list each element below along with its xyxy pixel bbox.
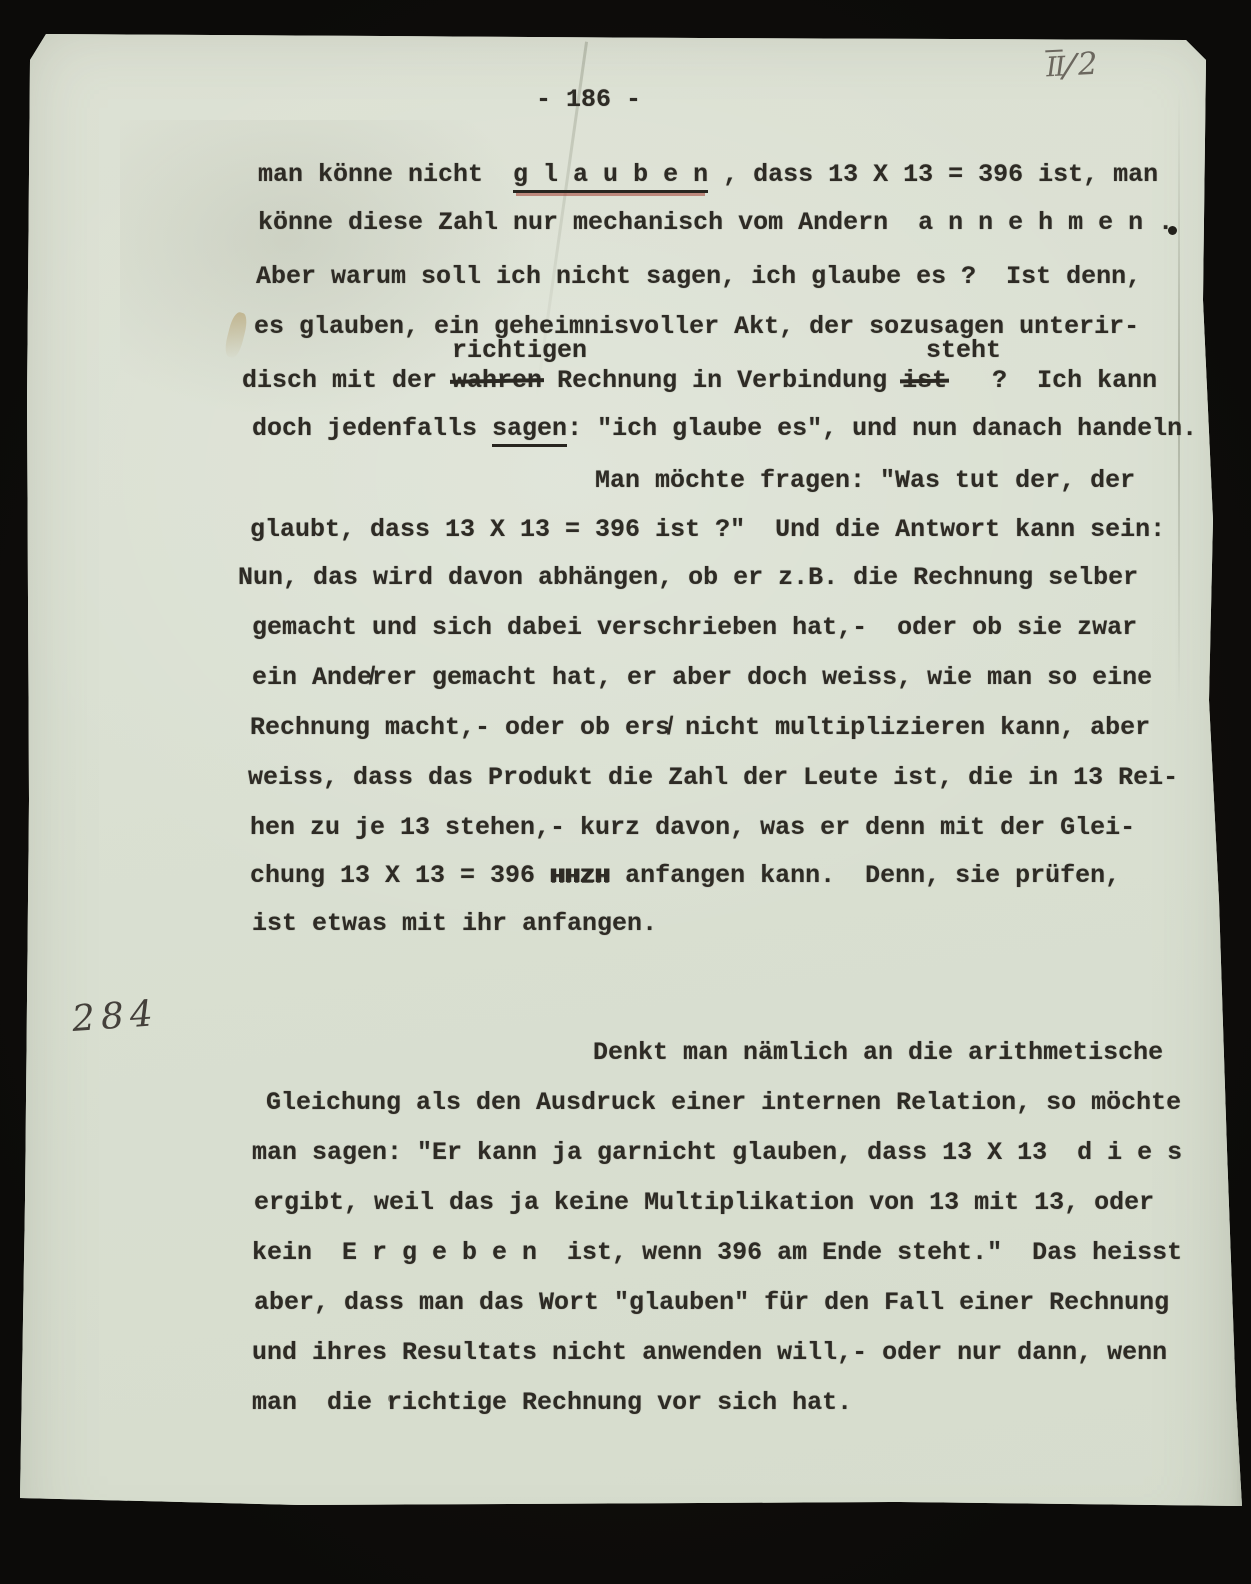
typescript-line: könne diese Zahl nur mechanisch vom Ande…: [258, 208, 1173, 237]
struck-word: ist: [902, 366, 947, 395]
underlined-word: g l a u b e n: [513, 160, 708, 193]
folio-number: 2: [1077, 46, 1100, 83]
typescript-line: Man möchte fragen: "Was tut der, der: [595, 466, 1135, 495]
line-text: Rechnung in Verbindung: [542, 366, 902, 395]
document-page: II/2 - 186 - man könne nicht g l a u b e…: [0, 0, 1251, 1584]
line-text: chung 13 X 13 = 396: [250, 861, 550, 890]
interline-insertion: richtigen: [452, 336, 587, 365]
typescript-line: Denkt man nämlich an die arithmetische: [593, 1038, 1163, 1067]
typescript-line: und ihres Resultats nicht anwenden will,…: [252, 1338, 1167, 1367]
typescript-line: glaubt, dass 13 X 13 = 396 ist ?" Und di…: [250, 515, 1165, 544]
typescript-line: gemacht und sich dabei verschrieben hat,…: [252, 613, 1137, 642]
typescript-line: man die richtige Rechnung vor sich hat.: [252, 1388, 852, 1417]
typescript-line: chung 13 X 13 = 396 ннzн anfangen kann. …: [250, 861, 1120, 890]
typescript-line: Gleichung als den Ausdruck einer interne…: [266, 1088, 1181, 1117]
typescript-line: Nun, das wird davon abhängen, ob er z.B.…: [238, 563, 1138, 592]
typescript-line: ergibt, weil das ja keine Multiplikation…: [254, 1188, 1154, 1217]
line-text: : "ich glaube es", und nun danach handel…: [567, 414, 1197, 443]
typescript-line: kein E r g e b e n ist, wenn 396 am Ende…: [252, 1238, 1182, 1267]
typescript-line: weiss, dass das Produkt die Zahl der Leu…: [248, 763, 1178, 792]
paper-crease: [1178, 90, 1180, 710]
line-text: doch jedenfalls: [252, 414, 492, 443]
typescript-line: man könne nicht g l a u b e n , dass 13 …: [258, 160, 1158, 189]
underlined-word: sagen: [492, 414, 567, 447]
struck-word: wahren: [452, 366, 542, 395]
folio-roman-numeral: II: [1045, 51, 1064, 83]
typescript-line: Aber warum soll ich nicht sagen, ich gla…: [256, 262, 1141, 291]
line-text: disch mit der: [242, 366, 452, 395]
line-text: , dass 13 X 13 = 396 ist, man: [708, 160, 1158, 189]
line-text: ? Ich kann: [947, 366, 1157, 395]
line-text: man könne nicht: [258, 160, 513, 189]
typescript-line: ein Ande̸rer gemacht hat, er aber doch w…: [252, 663, 1152, 692]
typescript-line: aber, dass man das Wort "glauben" für de…: [254, 1288, 1169, 1317]
folio-slash: /: [1062, 46, 1078, 87]
overstruck-letters: ннzн: [550, 861, 610, 890]
page-number: - 186 -: [536, 85, 641, 114]
typescript-line: man sagen: "Er kann ja garnicht glauben,…: [252, 1138, 1182, 1167]
typescript-line: hen zu je 13 stehen,- kurz davon, was er…: [250, 813, 1135, 842]
typescript-line: es glauben, ein geheimnisvoller Akt, der…: [254, 312, 1139, 341]
handwritten-folio-annotation: II/2: [1045, 43, 1100, 86]
typescript-line: Rechnung macht,- oder ob ers̸ nicht mult…: [250, 713, 1150, 742]
typescript-line: ist etwas mit ihr anfangen.: [252, 909, 657, 938]
line-text: anfangen kann. Denn, sie prüfen,: [610, 861, 1120, 890]
typescript-line: disch mit der wahren Rechnung in Verbind…: [242, 366, 1157, 395]
interline-insertion: steht: [926, 336, 1001, 365]
handwritten-margin-number: 284: [71, 993, 160, 1040]
typescript-line: doch jedenfalls sagen: "ich glaube es", …: [252, 414, 1197, 443]
